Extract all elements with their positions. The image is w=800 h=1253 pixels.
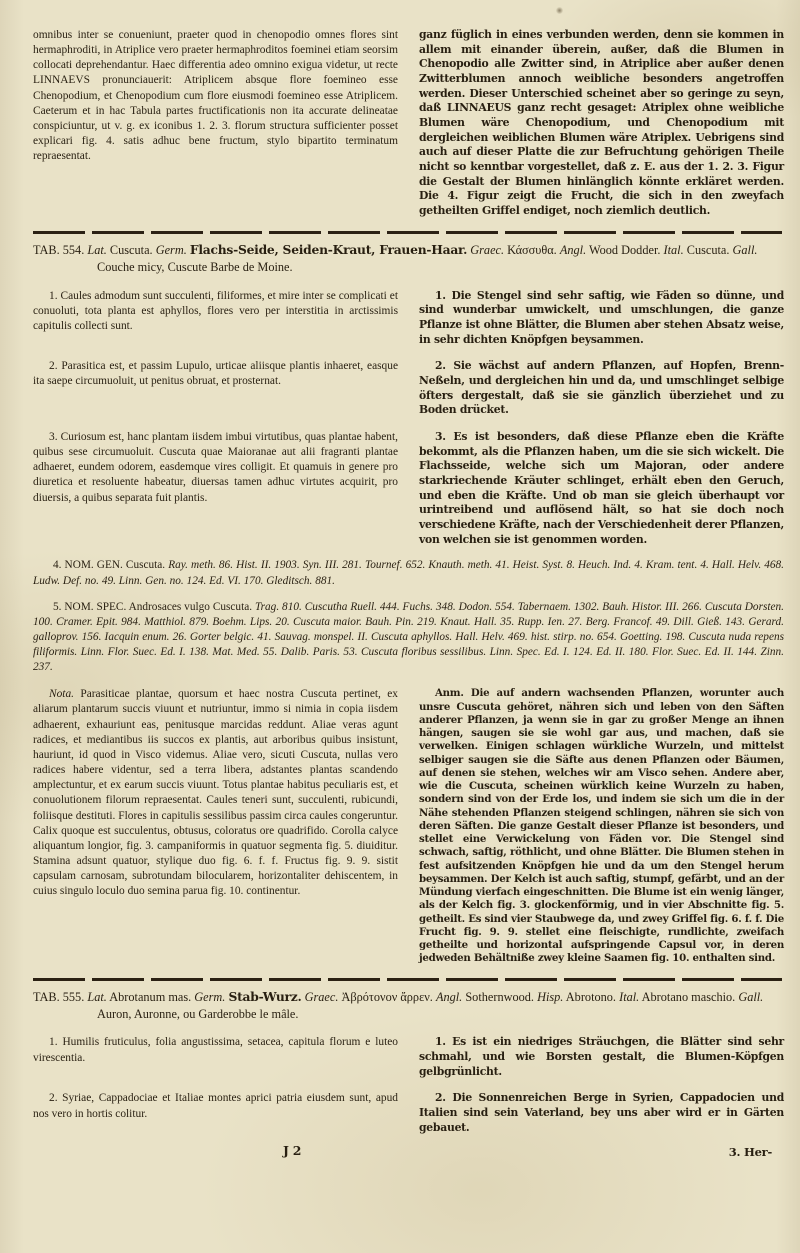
tab555-lat-label: Lat.	[87, 990, 106, 1004]
tab555-item-1-german: 1. Es ist ein niedriges Sträuchgen, die …	[419, 1035, 784, 1079]
anm-german-text: Die auf andern wachsenden Pflanzen, woru…	[419, 687, 784, 964]
tab554-item-2-latin-column: 2. Parasitica est, et passim Lupulo, urt…	[33, 359, 398, 418]
tab555-angl-label: Angl.	[436, 990, 462, 1004]
section-divider	[33, 231, 782, 234]
intro-latin-column: omnibus inter se conueniunt, praeter quo…	[33, 28, 398, 219]
tab554-graec-value: Κάσσυθα.	[507, 243, 557, 257]
tab554-item-1-german: 1. Die Stengel sind sehr saftig, wie Fäd…	[419, 289, 784, 348]
tab554-lat-value: Cuscuta.	[110, 243, 153, 257]
tab555-item-2: 2. Syriae, Cappadociae et Italiae montes…	[33, 1091, 784, 1135]
anm-label: Anm.	[435, 687, 464, 699]
tab554-gall-value: Couche micy, Cuscute Barbe de Moine.	[97, 260, 293, 274]
tab555-graec-value: Ἀβρότονον ἄρρεν.	[342, 990, 433, 1004]
intro-german-paragraph: ganz füglich in eines verbunden werden, …	[419, 28, 784, 219]
tab555-germ-value: Stab-Wurz.	[228, 989, 301, 1004]
tab555-number: TAB. 555.	[33, 990, 84, 1004]
tab555-lat-value: Abrotanum mas.	[109, 990, 191, 1004]
tab555-gall-value: Auron, Auronne, ou Garderobbe le mâle.	[97, 1007, 298, 1021]
tab554-germ-value: Flachs-Seide, Seiden-Kraut, Frauen-Haar.	[190, 242, 467, 257]
catchword: 3. Her-	[729, 1145, 772, 1159]
tab554-item-1-latin: 1. Caules admodum sunt succulenti, filif…	[33, 289, 398, 334]
tab554-germ-label: Germ.	[156, 243, 187, 257]
tab554-item-3: 3. Curiosum est, hanc plantam iisdem imb…	[33, 430, 784, 547]
tab554-nom-gen: 4. NOM. GEN. Cuscuta. Ray. meth. 86. His…	[33, 558, 784, 588]
tab554-item-3-latin: 3. Curiosum est, hanc plantam iisdem imb…	[33, 430, 398, 506]
nom-gen-lead: 4. NOM. GEN. Cuscuta.	[53, 559, 165, 571]
tab554-angl-label: Angl.	[560, 243, 586, 257]
nom-spec-lead: 5. NOM. SPEC. Androsaces vulgo Cuscuta.	[53, 601, 252, 613]
nota-latin-paragraph: Nota. Parasiticae plantae, quorsum et ha…	[33, 687, 398, 899]
tab555-gall-label: Gall.	[738, 990, 763, 1004]
tab554-graec-label: Graec.	[470, 243, 504, 257]
tab555-germ-label: Germ.	[194, 990, 225, 1004]
intro-latin-paragraph: omnibus inter se conueniunt, praeter quo…	[33, 28, 398, 164]
tab555-hisp-value: Abrotono.	[566, 990, 616, 1004]
tab554-item-3-german: 3. Es ist besonders, daß diese Pflanze e…	[419, 430, 784, 547]
tab554-item-1-latin-column: 1. Caules admodum sunt succulenti, filif…	[33, 289, 398, 348]
tab554-item-3-german-column: 3. Es ist besonders, daß diese Pflanze e…	[419, 430, 784, 547]
tab554-angl-value: Wood Dodder.	[589, 243, 660, 257]
tab554-ital-label: Ital.	[664, 243, 684, 257]
section-divider-2	[33, 978, 782, 981]
tab555-hisp-label: Hisp.	[537, 990, 563, 1004]
tab555-graec-label: Graec.	[305, 990, 339, 1004]
tab555-angl-value: Sothernwood.	[465, 990, 534, 1004]
tab554-item-2: 2. Parasitica est, et passim Lupulo, urt…	[33, 359, 784, 418]
tab555-ital-value: Abrotano maschio.	[642, 990, 736, 1004]
book-page: omnibus inter se conueniunt, praeter quo…	[0, 0, 800, 1253]
tab555-item-1-german-column: 1. Es ist ein niedriges Sträuchgen, die …	[419, 1035, 784, 1079]
nota-latin-column: Nota. Parasiticae plantae, quorsum et ha…	[33, 687, 398, 965]
tab554-ital-value: Cuscuta.	[687, 243, 730, 257]
tab555-item-2-german: 2. Die Sonnenreichen Berge in Syrien, Ca…	[419, 1091, 784, 1135]
tab554-item-3-latin-column: 3. Curiosum est, hanc plantam iisdem imb…	[33, 430, 398, 547]
tab555-heading: TAB. 555. Lat. Abrotanum mas. Germ. Stab…	[33, 988, 784, 1024]
tab554-nota-section: Nota. Parasiticae plantae, quorsum et ha…	[33, 687, 784, 965]
page-footer: J 2 3. Her-	[33, 1143, 784, 1163]
tab554-item-1: 1. Caules admodum sunt succulenti, filif…	[33, 289, 784, 348]
tab554-item-2-latin: 2. Parasitica est, et passim Lupulo, urt…	[33, 359, 398, 389]
tab555-ital-label: Ital.	[619, 990, 639, 1004]
tab555-item-2-latin-column: 2. Syriae, Cappadociae et Italiae montes…	[33, 1091, 398, 1135]
tab554-item-2-german-column: 2. Sie wächst auf andern Pflanzen, auf H…	[419, 359, 784, 418]
tab554-number: TAB. 554.	[33, 243, 84, 257]
tab555-item-1-latin: 1. Humilis fruticulus, folia angustissim…	[33, 1035, 398, 1065]
tab554-lat-label: Lat.	[87, 243, 106, 257]
nota-german-column: Anm. Die auf andern wachsenden Pflanzen,…	[419, 687, 784, 965]
tab555-item-2-latin: 2. Syriae, Cappadociae et Italiae montes…	[33, 1091, 398, 1121]
tab554-item-2-german: 2. Sie wächst auf andern Pflanzen, auf H…	[419, 359, 784, 418]
nota-latin-text: Parasiticae plantae, quorsum et haec nos…	[33, 688, 398, 897]
tab554-item-1-german-column: 1. Die Stengel sind sehr saftig, wie Fäd…	[419, 289, 784, 348]
nota-label: Nota.	[49, 688, 74, 700]
intro-section: omnibus inter se conueniunt, praeter quo…	[33, 28, 784, 219]
tab555-item-2-german-column: 2. Die Sonnenreichen Berge in Syrien, Ca…	[419, 1091, 784, 1135]
ink-speck	[556, 6, 563, 15]
nota-german-paragraph: Anm. Die auf andern wachsenden Pflanzen,…	[419, 687, 784, 965]
gathering-signature: J 2	[283, 1143, 301, 1158]
intro-german-column: ganz füglich in eines verbunden werden, …	[419, 28, 784, 219]
tab555-item-1: 1. Humilis fruticulus, folia angustissim…	[33, 1035, 784, 1079]
tab554-nom-spec: 5. NOM. SPEC. Androsaces vulgo Cuscuta. …	[33, 600, 784, 676]
tab555-item-1-latin-column: 1. Humilis fruticulus, folia angustissim…	[33, 1035, 398, 1079]
tab554-heading: TAB. 554. Lat. Cuscuta. Germ. Flachs-Sei…	[33, 241, 784, 277]
tab554-gall-label: Gall.	[733, 243, 758, 257]
